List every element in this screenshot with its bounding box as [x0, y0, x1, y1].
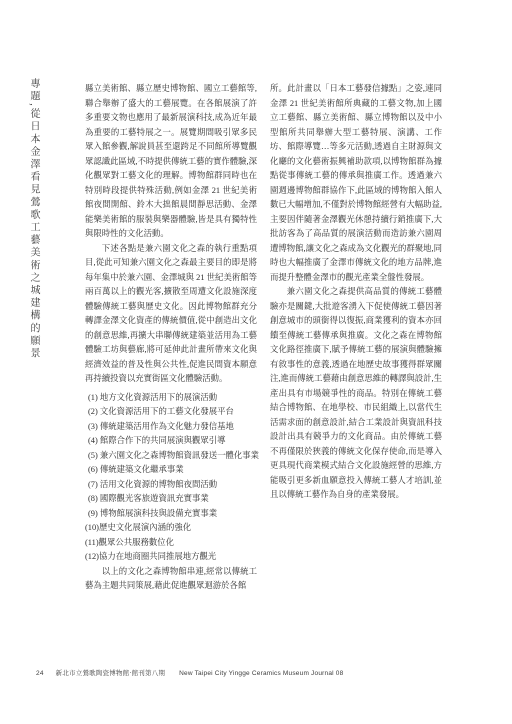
page-footer: 24 新北市立鶯歌陶瓷博物館‧館刊第八期 New Taipei City Yin…: [36, 668, 343, 677]
list-item-12: (12)協力在地商圈共同推展地方觀光: [85, 550, 257, 565]
chapter-vertical-title: 專題,從日本金澤看見鶯歌工藝美術之城建構的願景: [26, 78, 41, 408]
list-item-6: (6) 傳統建築文化繼承事業: [85, 463, 257, 478]
list-item-1: (1) 地方文化資源活用下的展演活動: [85, 391, 257, 406]
paragraph-craft-experience-industry: 兼六園文化之森提供高品質的傳統工藝體驗亦是關鍵,大批遊客湧入下促使傳統工藝因著創…: [270, 285, 442, 503]
list-item-9: (9) 博物館展演科技與設備充實事業: [85, 507, 257, 522]
paragraph-craft-dissemination-base: 所。此計畫以「日本工藝發信據點」之姿,連同金澤 21 世紀美術館所典藏的工藝文物…: [270, 82, 442, 285]
journal-title-zh: 新北市立鶯歌陶瓷博物館‧館刊第八期: [56, 668, 165, 677]
list-item-2: (2) 文化資源活用下的工藝文化發展平台: [85, 405, 257, 420]
list-item-10: (10)歷史文化展演內涵的強化: [85, 521, 257, 536]
page-number: 24: [36, 670, 44, 677]
list-item-8: (8) 國際觀光客旅遊資訊充實事業: [85, 492, 257, 507]
text-column-left: 縣立美術館、縣立歷史博物館、國立工藝館等,聯合舉辦了盛大的工藝展覽。在各館展演了…: [85, 82, 257, 594]
paragraph-kenrokuen-key-points: 下述各點是兼六園文化之森的執行重點項目,從此可知兼六園文化之森最主要目的即是將每…: [85, 242, 257, 387]
list-item-4: (4) 館際合作下的共同展演與觀眾引導: [85, 434, 257, 449]
list-item-3: (3) 傳統建築活用作為文化魅力發信基地: [85, 420, 257, 435]
paragraph-museum-exhibitions: 縣立美術館、縣立歷史博物館、國立工藝館等,聯合舉辦了盛大的工藝展覽。在各館展演了…: [85, 82, 257, 242]
list-item-5: (5) 兼六園文化之森博物館資訊發送一體化事業: [85, 449, 257, 464]
numbered-list: (1) 地方文化資源活用下的展演活動 (2) 文化資源活用下的工藝文化發展平台 …: [85, 391, 257, 565]
journal-title-en: New Taipei City Yingge Ceramics Museum J…: [179, 670, 343, 677]
text-column-right: 所。此計畫以「日本工藝發信據點」之姿,連同金澤 21 世紀美術館所典藏的工藝文物…: [270, 82, 442, 503]
paragraph-museums-linkage: 以上的文化之森博物館串連,經常以傳統工藝為主題共同策展,藉此促進觀眾迴游於各館: [85, 565, 257, 594]
list-item-11: (11)觀眾公共服務數位化: [85, 536, 257, 551]
journal-page: 專題,從日本金澤看見鶯歌工藝美術之城建構的願景 縣立美術館、縣立歷史博物館、國立…: [0, 0, 512, 724]
list-item-7: (7) 活用文化資源的博物館夜間活動: [85, 478, 257, 493]
